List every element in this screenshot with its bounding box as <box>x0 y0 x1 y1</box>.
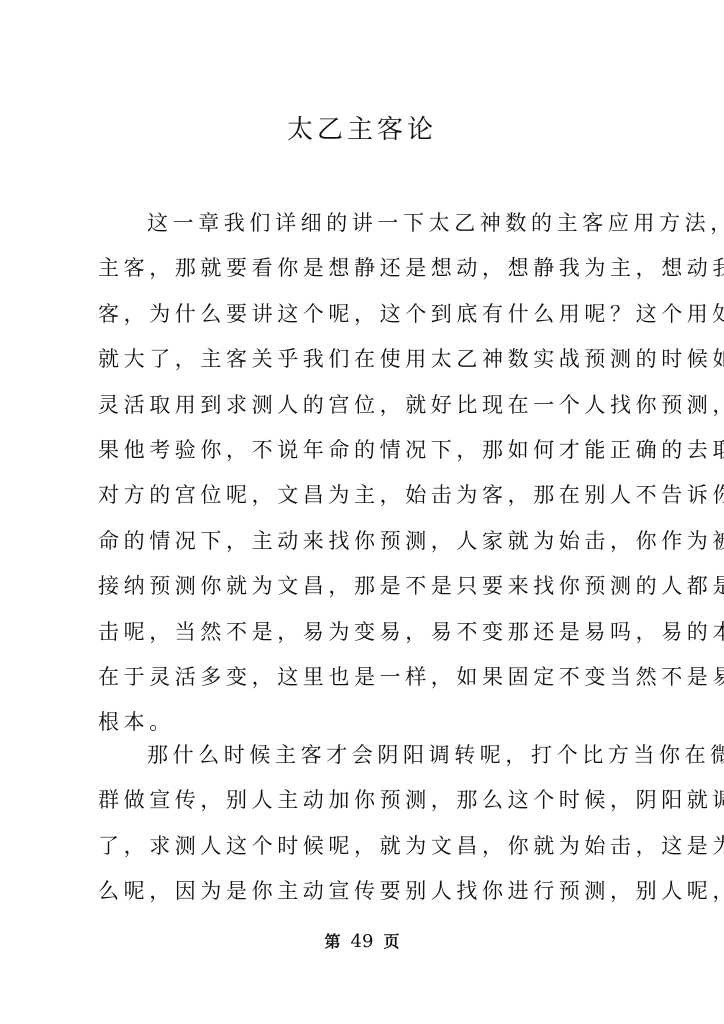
text-line: 接纳预测你就为文昌，那是不是只要来找你预测的人都是始 <box>98 564 658 609</box>
paragraph-1: 这一章我们详细的讲一下太乙神数的主客应用方法，看 主客，那就要看你是想静还是想动… <box>98 201 658 746</box>
text-line: 群做宣传，别人主动加你预测，那么这个时候，阴阳就调转 <box>98 778 658 823</box>
text-line: 果他考验你，不说年命的情况下，那如何才能正确的去取到 <box>98 428 658 473</box>
paragraph-2: 那什么时候主客才会阴阳调转呢，打个比方当你在微信 群做宣传，别人主动加你预测，那… <box>98 733 658 915</box>
text-line: 击呢，当然不是，易为变易，易不变那还是易吗，易的本意 <box>98 610 658 655</box>
text-line: 在于灵活多变，这里也是一样，如果固定不变当然不是易的 <box>98 655 658 700</box>
page-title: 太乙主客论 <box>0 112 724 148</box>
text-line: 对方的宫位呢，文昌为主，始击为客，那在别人不告诉你年 <box>98 473 658 518</box>
text-line: 客，为什么要讲这个呢，这个到底有什么用呢？这个用处可 <box>98 292 658 337</box>
text-line: 那什么时候主客才会阴阳调转呢，打个比方当你在微信 <box>98 733 658 778</box>
text-line: 灵活取用到求测人的宫位，就好比现在一个人找你预测，如 <box>98 383 658 428</box>
text-line: 主客，那就要看你是想静还是想动，想静我为主，想动我为 <box>98 246 658 291</box>
text-line: 了，求测人这个时候呢，就为文昌，你就为始击，这是为什 <box>98 824 658 869</box>
document-page: 太乙主客论 这一章我们详细的讲一下太乙神数的主客应用方法，看 主客，那就要看你是… <box>0 0 724 1024</box>
text-line: 么呢，因为是你主动宣传要别人找你进行预测，别人呢，被 <box>98 869 658 914</box>
text-line: 这一章我们详细的讲一下太乙神数的主客应用方法，看 <box>98 201 658 246</box>
text-line: 就大了，主客关乎我们在使用太乙神数实战预测的时候如何 <box>98 337 658 382</box>
page-number: 49 <box>351 931 374 952</box>
text-line: 命的情况下，主动来找你预测，人家就为始击，你作为被动 <box>98 519 658 564</box>
page-number-prefix: 第 <box>325 932 341 951</box>
page-number-suffix: 页 <box>383 932 399 951</box>
page-footer: 第49页 <box>0 930 724 954</box>
